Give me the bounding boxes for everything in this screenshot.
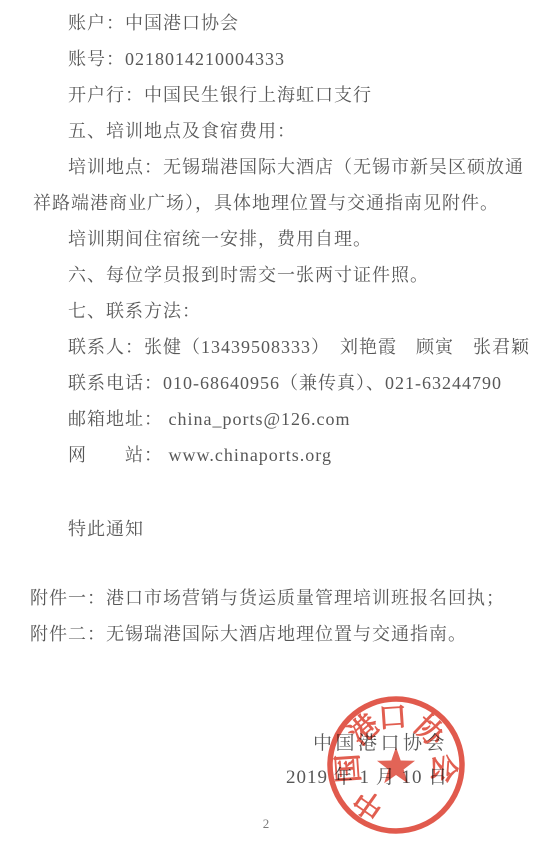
signature-organization: 中国港口协会 xyxy=(313,728,448,755)
body-line-email: 邮箱地址： china_ports@126.com xyxy=(30,401,527,437)
attachments-block: 附件一：港口市场营销与货运质量管理培训班报名回执； 附件二：无锡瑞港国际大酒店地… xyxy=(30,580,527,652)
body-line-bank: 开户行：中国民生银行上海虹口支行 xyxy=(30,77,527,113)
document-body: 账户：中国港口协会 账号：0218014210004333 开户行：中国民生银行… xyxy=(30,5,527,652)
body-line-account-name: 账户：中国港口协会 xyxy=(30,5,527,41)
body-line-section-5: 五、培训地点及食宿费用： xyxy=(30,113,527,149)
notice-block: 特此通知 xyxy=(30,511,527,547)
body-line-training-location-cont: 祥路端港商业广场），具体地理位置与交通指南见附件。 xyxy=(30,185,527,221)
body-line-phone: 联系电话：010-68640956（兼传真）、021-63244790 xyxy=(30,365,527,401)
attachment-line-1: 附件一：港口市场营销与货运质量管理培训班报名回执； xyxy=(30,580,527,616)
body-line-account-number: 账号：0218014210004333 xyxy=(30,41,527,77)
attachment-line-2: 附件二：无锡瑞港国际大酒店地理位置与交通指南。 xyxy=(30,616,527,652)
document-page: 账户：中国港口协会 账号：0218014210004333 开户行：中国民生银行… xyxy=(0,0,533,848)
signature-date: 2019 年 1 月 10 日 xyxy=(286,762,448,789)
body-line-contacts: 联系人：张健（13439508333） 刘艳霞 顾寅 张君颖 xyxy=(30,329,527,365)
body-line-training-location: 培训地点：无锡瑞港国际大酒店（无锡市新吴区硕放通 xyxy=(30,149,527,185)
notice-text: 特此通知 xyxy=(30,511,527,547)
body-line-section-6: 六、每位学员报到时需交一张两寸证件照。 xyxy=(30,257,527,293)
body-line-website: 网 站： www.chinaports.org xyxy=(30,437,527,473)
body-line-lodging: 培训期间住宿统一安排，费用自理。 xyxy=(30,221,527,257)
body-line-section-7: 七、联系方法： xyxy=(30,293,527,329)
page-number: 2 xyxy=(252,816,280,832)
